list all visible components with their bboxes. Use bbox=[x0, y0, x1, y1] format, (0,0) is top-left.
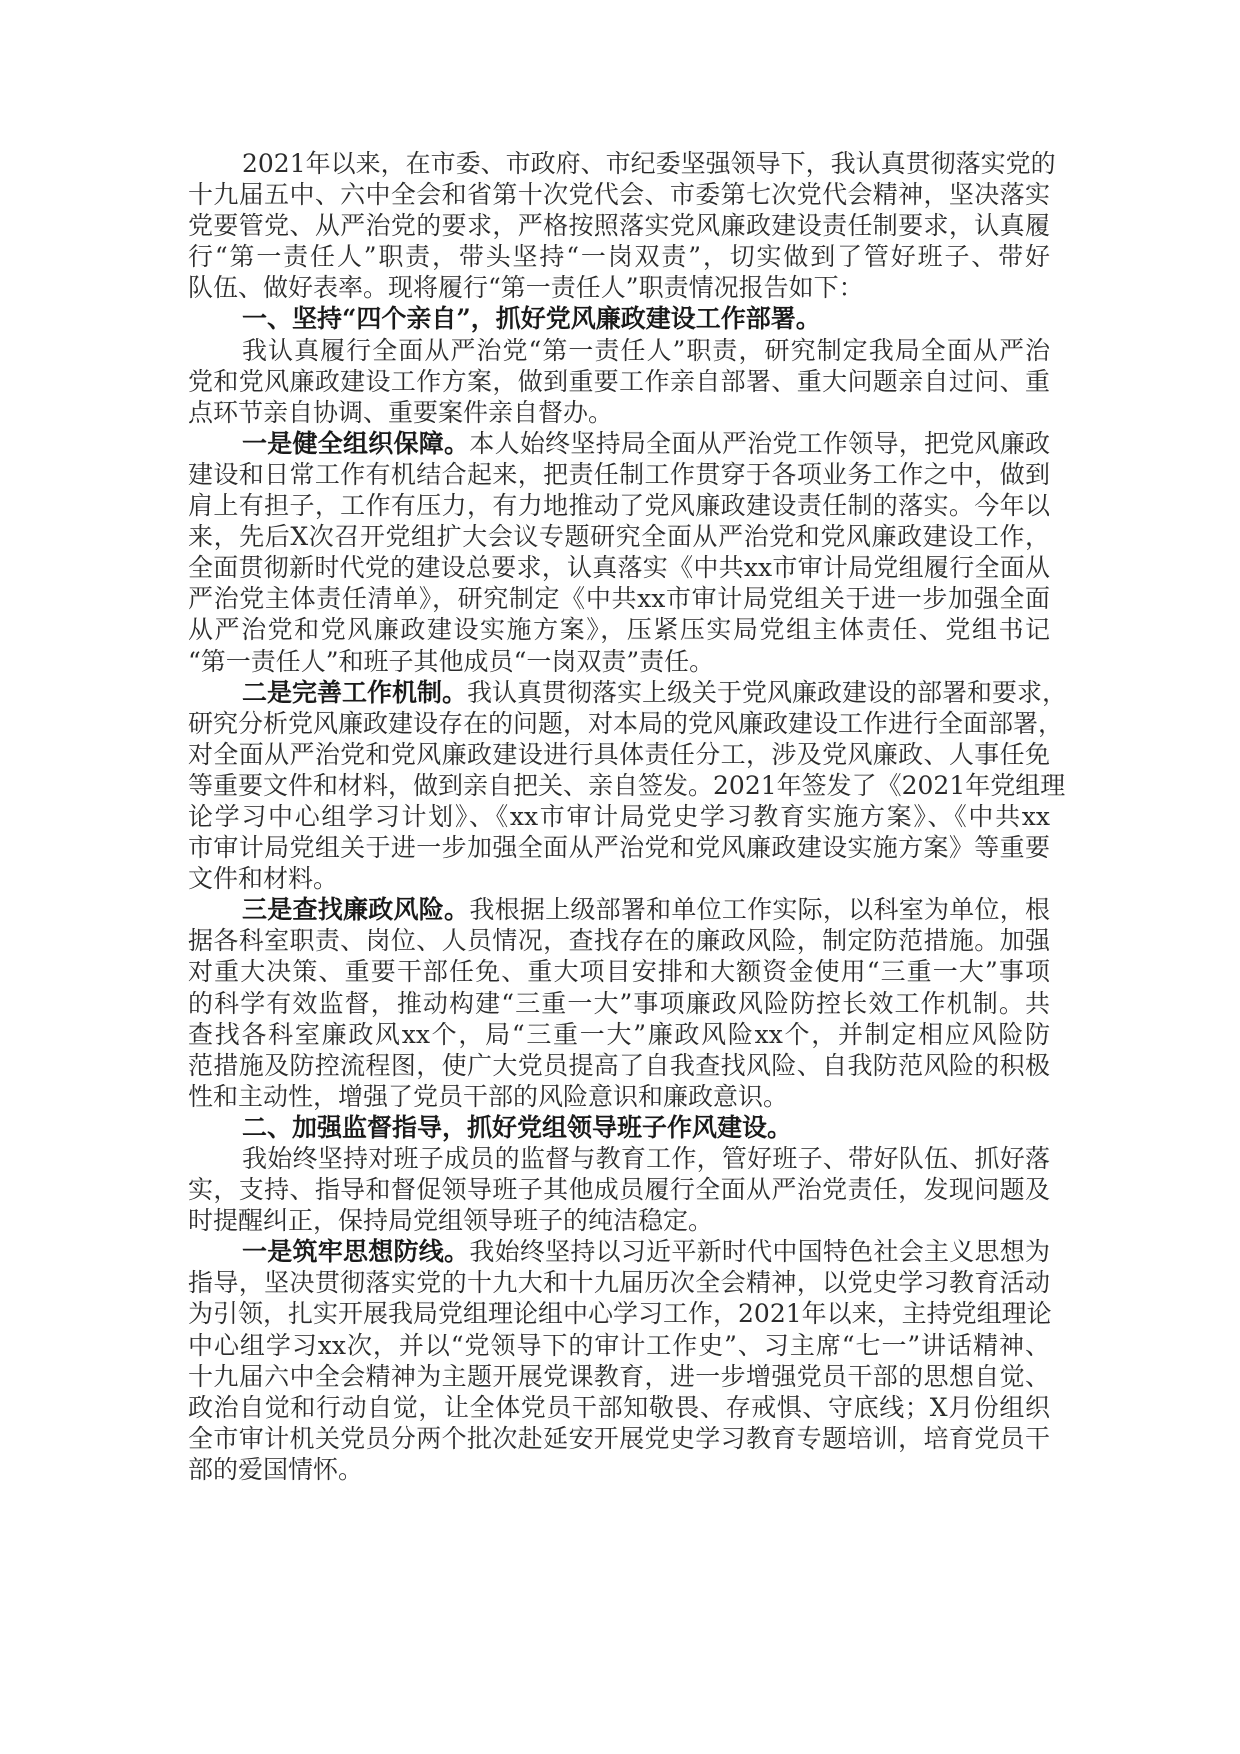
text-line: 范措施及防控流程图，使广大党员提高了自我查找风险、自我防范风险的积极 bbox=[188, 1050, 1050, 1081]
point-3-paragraph: 三是查找廉政风险。我根据上级部署和单位工作实际，以科室为单位，根 据各科室职责、… bbox=[188, 894, 1050, 1112]
text-line: 中心组学习xx次，并以“党领导下的审计工作史”、习主席“七一”讲话精神、 bbox=[188, 1330, 1050, 1361]
text-line: 实，支持、指导和督促领导班子其他成员履行全面从严治党责任，发现问题及 bbox=[188, 1174, 1050, 1205]
section-2-intro-paragraph: 我始终坚持对班子成员的监督与教育工作，管好班子、带好队伍、抓好落 实，支持、指导… bbox=[188, 1143, 1050, 1236]
point-2-paragraph: 二是完善工作机制。我认真贯彻落实上级关于党风廉政建设的部署和要求， 研究分析党风… bbox=[188, 677, 1050, 895]
lead-phrase: 三是查找廉政风险。 bbox=[242, 895, 469, 924]
text-run: 本人始终坚持局全面从严治党工作领导，把党风廉政 bbox=[469, 429, 1050, 458]
text-line: “第一责任人”和班子其他成员“一岗双责”责任。 bbox=[188, 646, 1050, 677]
text-line: 党要管党、从严治党的要求，严格按照落实党风廉政建设责任制要求，认真履 bbox=[188, 210, 1050, 241]
text-line: 全面贯彻新时代党的建设总要求，认真落实《中共xx市审计局党组履行全面从 bbox=[188, 552, 1050, 583]
lead-phrase: 一是筑牢思想防线。 bbox=[242, 1237, 469, 1266]
text-line: 据各科室职责、岗位、人员情况，查找存在的廉政风险，制定防范措施。加强 bbox=[188, 925, 1050, 956]
text-line: 政治自觉和行动自觉，让全体党员干部知敬畏、存戒惧、守底线；X月份组织 bbox=[188, 1392, 1050, 1423]
text-line: 研究分析党风廉政建设存在的问题，对本局的党风廉政建设工作进行全面部署， bbox=[188, 708, 1050, 739]
text-line: 队伍、做好表率。现将履行“第一责任人”职责情况报告如下： bbox=[188, 272, 1050, 303]
text-line: 论学习中心组学习计划》、《xx市审计局党史学习教育实施方案》、《中共xx bbox=[188, 801, 1050, 832]
text-line: 十九届六中全会精神为主题开展党课教育，进一步增强党员干部的思想自觉、 bbox=[188, 1361, 1050, 1392]
text-line: 从严治党和党风廉政建设实施方案》，压紧压实局党组主体责任、党组书记 bbox=[188, 614, 1050, 645]
document-page: 2021年以来，在市委、市政府、市纪委坚强领导下，我认真贯彻落实党的 十九届五中… bbox=[188, 148, 1050, 1485]
text-line: 来，先后X次召开党组扩大会议专题研究全面从严治党和党风廉政建设工作， bbox=[188, 521, 1050, 552]
text-line: 行“第一责任人”职责，带头坚持“一岗双责”，切实做到了管好班子、带好 bbox=[188, 241, 1050, 272]
text-line: 部的爱国情怀。 bbox=[188, 1454, 1050, 1485]
intro-paragraph: 2021年以来，在市委、市政府、市纪委坚强领导下，我认真贯彻落实党的 十九届五中… bbox=[188, 148, 1050, 303]
text-line: 时提醒纠正，保持局党组领导班子的纯洁稳定。 bbox=[188, 1205, 1050, 1236]
lead-phrase: 二是完善工作机制。 bbox=[242, 678, 467, 707]
point-1-paragraph: 一是健全组织保障。本人始终坚持局全面从严治党工作领导，把党风廉政 建设和日常工作… bbox=[188, 428, 1050, 677]
section-heading-1: 一、坚持“四个亲自”，抓好党风廉政建设工作部署。 bbox=[188, 303, 1050, 334]
text-line: 严治党主体责任清单》，研究制定《中共xx市审计局党组关于进一步加强全面 bbox=[188, 583, 1050, 614]
text-line: 一是健全组织保障。本人始终坚持局全面从严治党工作领导，把党风廉政 bbox=[188, 428, 1050, 459]
text-line: 2021年以来，在市委、市政府、市纪委坚强领导下，我认真贯彻落实党的 bbox=[188, 148, 1050, 179]
text-line: 三是查找廉政风险。我根据上级部署和单位工作实际，以科室为单位，根 bbox=[188, 894, 1050, 925]
text-line: 市审计局党组关于进一步加强全面从严治党和党风廉政建设实施方案》等重要 bbox=[188, 832, 1050, 863]
text-line: 对全面从严治党和党风廉政建设进行具体责任分工，涉及党风廉政、人事任免 bbox=[188, 739, 1050, 770]
text-line: 对重大决策、重要干部任免、重大项目安排和大额资金使用“三重一大”事项 bbox=[188, 956, 1050, 987]
section-2-point-1-paragraph: 一是筑牢思想防线。我始终坚持以习近平新时代中国特色社会主义思想为 指导，坚决贯彻… bbox=[188, 1236, 1050, 1485]
text-run: 我认真贯彻落实上级关于党风廉政建设的部署和要求， bbox=[467, 678, 1067, 707]
text-line: 等重要文件和材料，做到亲自把关、亲自签发。2021年签发了《2021年党组理 bbox=[188, 770, 1050, 801]
section-heading-2: 二、加强监督指导，抓好党组领导班子作风建设。 bbox=[188, 1112, 1050, 1143]
text-line: 查找各科室廉政风xx个，局“三重一大”廉政风险xx个，并制定相应风险防 bbox=[188, 1019, 1050, 1050]
text-line: 全市审计机关党员分两个批次赴延安开展党史学习教育专题培训，培育党员干 bbox=[188, 1423, 1050, 1454]
text-run: 我始终坚持以习近平新时代中国特色社会主义思想为 bbox=[469, 1237, 1050, 1266]
text-line: 十九届五中、六中全会和省第十次党代会、市委第七次党代会精神，坚决落实 bbox=[188, 179, 1050, 210]
text-line: 文件和材料。 bbox=[188, 863, 1050, 894]
text-line: 我始终坚持对班子成员的监督与教育工作，管好班子、带好队伍、抓好落 bbox=[188, 1143, 1050, 1174]
lead-phrase: 一是健全组织保障。 bbox=[242, 429, 469, 458]
text-line: 点环节亲自协调、重要案件亲自督办。 bbox=[188, 397, 1050, 428]
section-1-intro-paragraph: 我认真履行全面从严治党“第一责任人”职责，研究制定我局全面从严治 党和党风廉政建… bbox=[188, 335, 1050, 428]
text-line: 二是完善工作机制。我认真贯彻落实上级关于党风廉政建设的部署和要求， bbox=[188, 677, 1050, 708]
text-line: 性和主动性，增强了党员干部的风险意识和廉政意识。 bbox=[188, 1081, 1050, 1112]
text-line: 建设和日常工作有机结合起来，把责任制工作贯穿于各项业务工作之中，做到 bbox=[188, 459, 1050, 490]
text-line: 的科学有效监督，推动构建“三重一大”事项廉政风险防控长效工作机制。共 bbox=[188, 988, 1050, 1019]
text-line: 党和党风廉政建设工作方案，做到重要工作亲自部署、重大问题亲自过问、重 bbox=[188, 366, 1050, 397]
text-line: 指导，坚决贯彻落实党的十九大和十九届历次全会精神，以党史学习教育活动 bbox=[188, 1267, 1050, 1298]
text-run: 我根据上级部署和单位工作实际，以科室为单位，根 bbox=[469, 895, 1050, 924]
text-line: 我认真履行全面从严治党“第一责任人”职责，研究制定我局全面从严治 bbox=[188, 335, 1050, 366]
text-line: 为引领，扎实开展我局党组理论组中心学习工作，2021年以来，主持党组理论 bbox=[188, 1298, 1050, 1329]
text-line: 一是筑牢思想防线。我始终坚持以习近平新时代中国特色社会主义思想为 bbox=[188, 1236, 1050, 1267]
text-line: 肩上有担子，工作有压力，有力地推动了党风廉政建设责任制的落实。今年以 bbox=[188, 490, 1050, 521]
